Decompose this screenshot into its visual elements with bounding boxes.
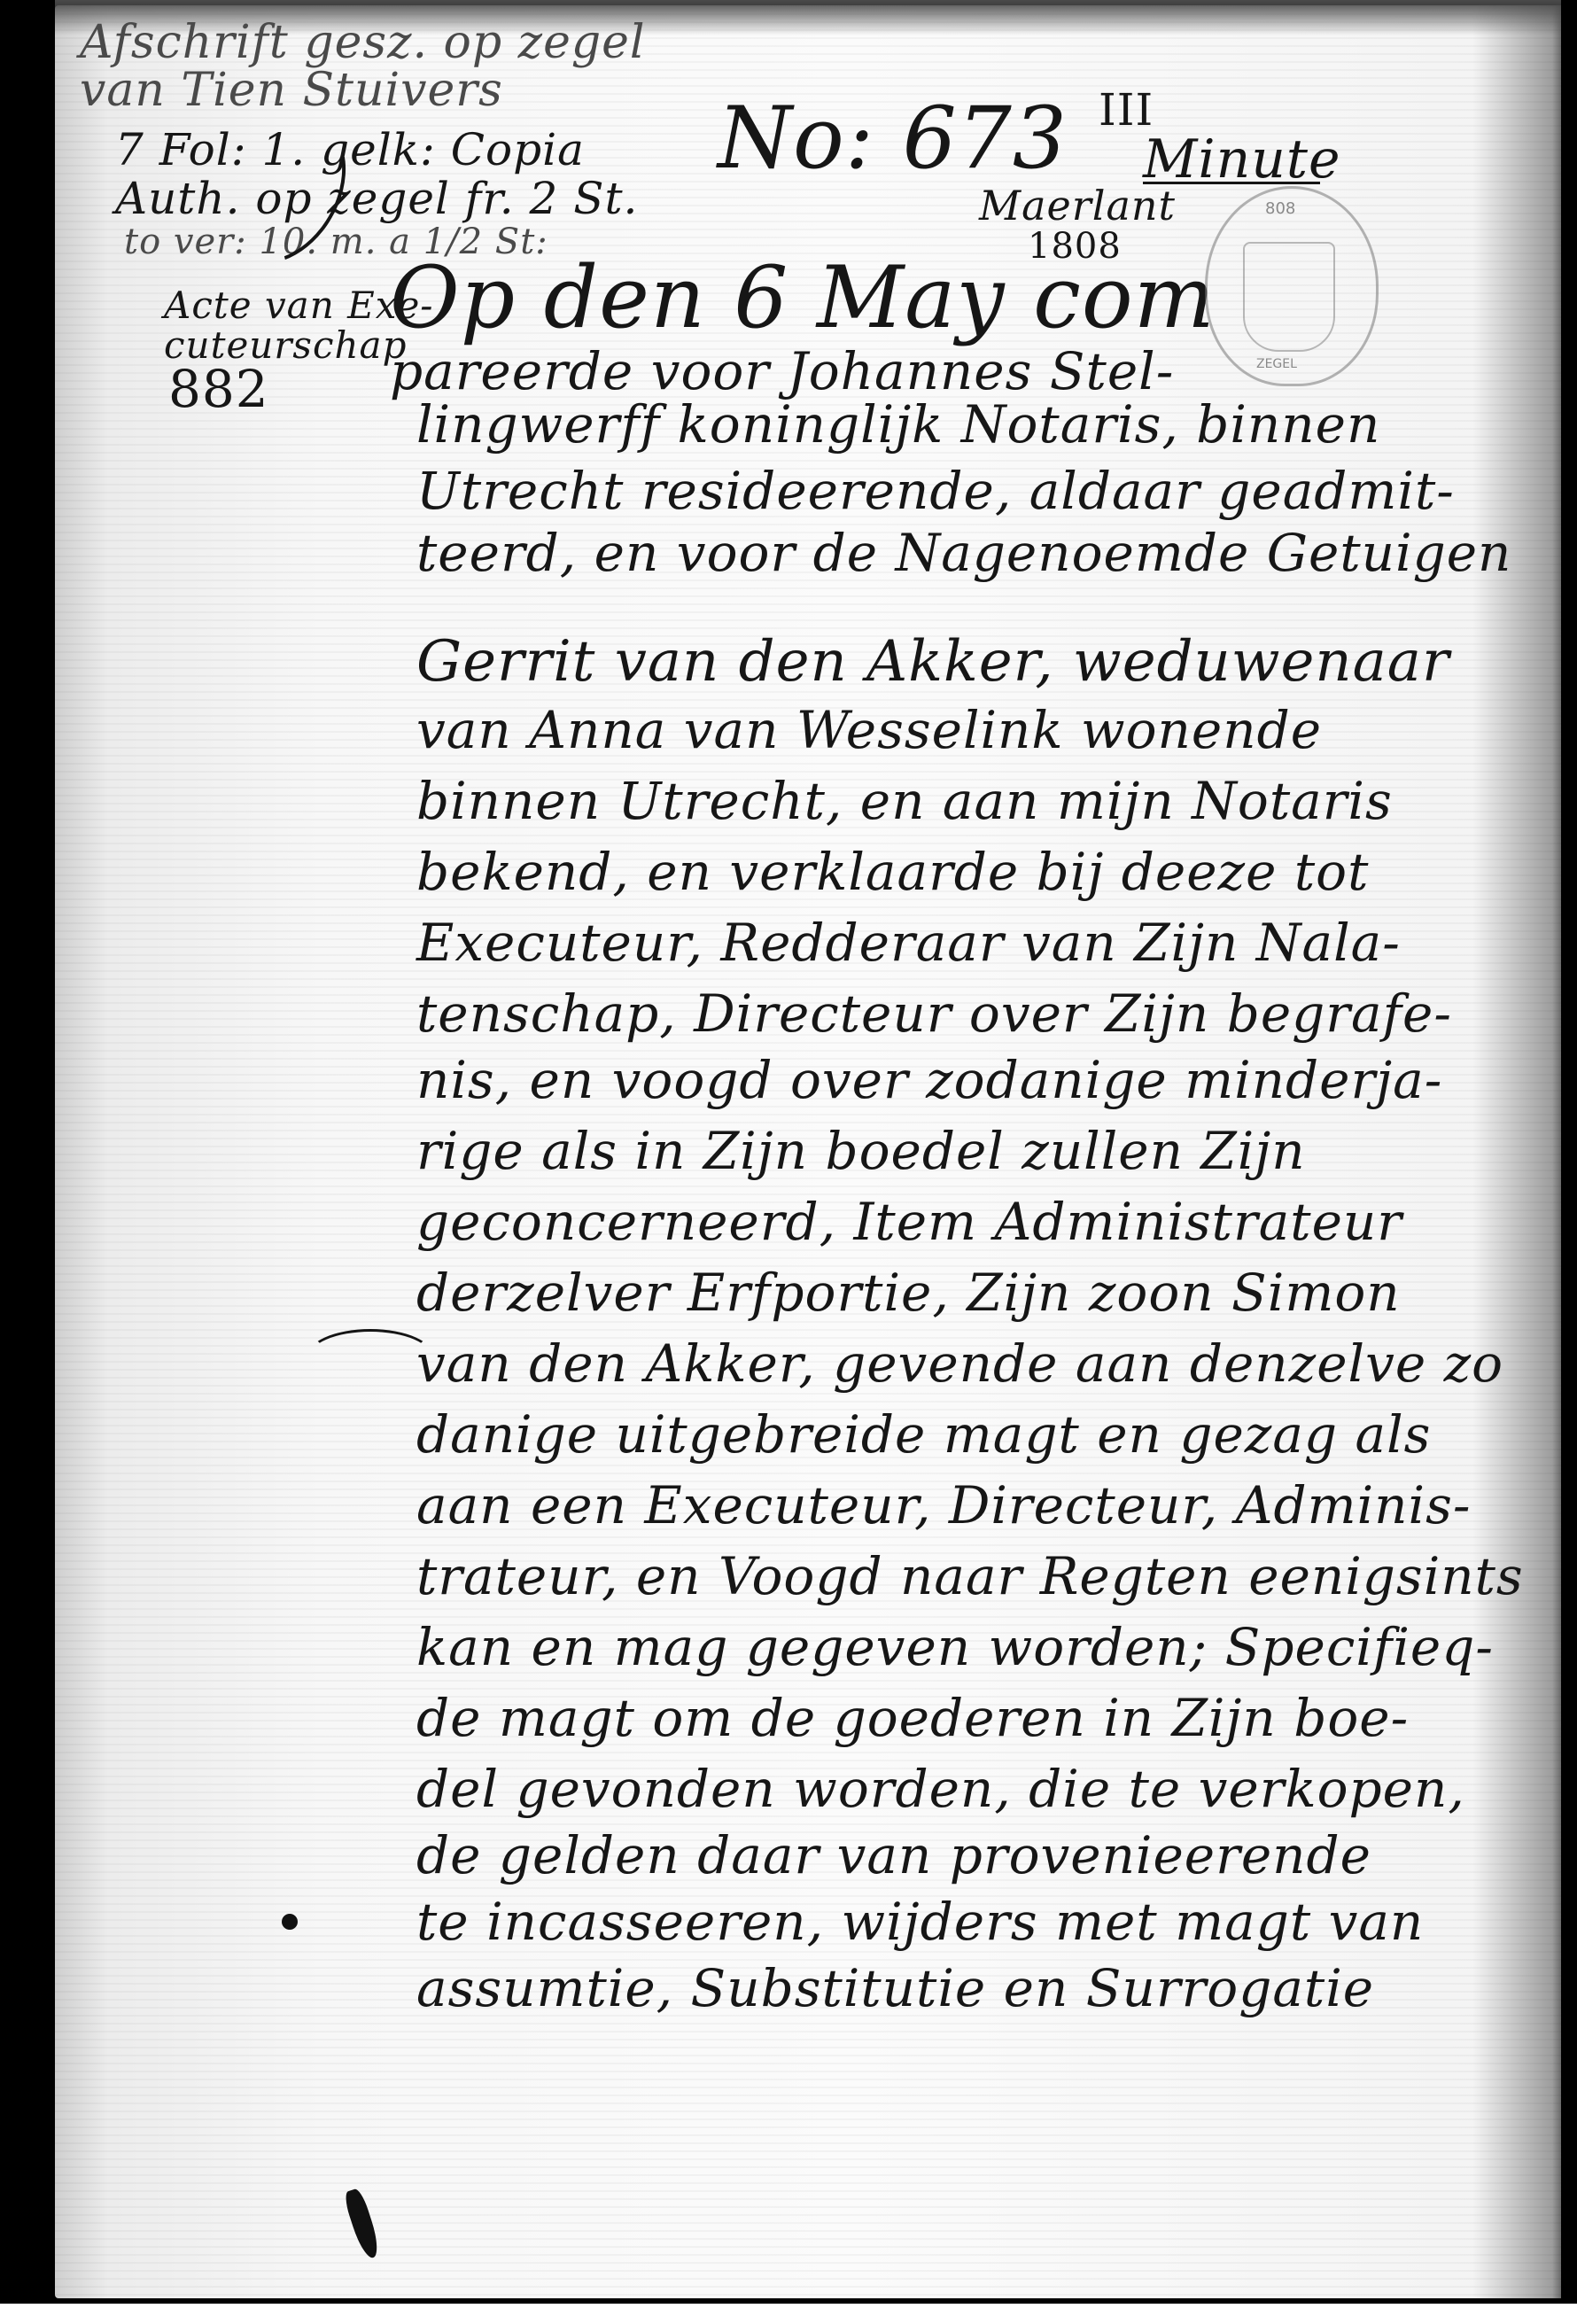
body-line: bekend, en verklaarde bij deeze tot <box>416 842 1369 902</box>
header-note-3: 7 Fol: 1. gelk: Copia <box>115 124 585 175</box>
header-note-2: van Tien Stuivers <box>80 64 503 117</box>
body-line: tenschap, Directeur over Zijn begrafe- <box>416 983 1452 1044</box>
body-line: del gevonden worden, die te verkopen, <box>416 1759 1465 1819</box>
body-line: Utrecht resideerende, aldaar geadmit- <box>416 461 1455 521</box>
body-line: de gelden daar van provenieerende <box>416 1825 1371 1885</box>
body-line: geconcerneerd, Item Administrateur <box>416 1192 1402 1252</box>
margin-flourish <box>306 1329 435 1387</box>
header-note-4: Auth. op zegel fr. 2 St. <box>115 173 638 224</box>
body-line: lingwerff koninglijk Notaris, binnen <box>416 394 1380 455</box>
body-line: binnen Utrecht, en aan mijn Notaris <box>416 771 1393 831</box>
body-line: aan een Executeur, Directeur, Adminis- <box>416 1475 1471 1535</box>
seal-label-side: ZEGEL <box>1256 357 1297 371</box>
body-line: teerd, en voor de Nagenoemde Getuigen <box>416 523 1511 583</box>
body-line: van Anna van Wesselink wonende <box>416 700 1322 760</box>
body-line: te incasseeren, wijders met magt van <box>416 1892 1424 1952</box>
body-line: Executeur, Redderaar van Zijn Nala- <box>416 913 1401 973</box>
body-line: kan en mag gegeven worden; Specifieq- <box>416 1617 1494 1677</box>
act-number: No: 673 <box>718 89 1068 188</box>
body-line: rige als in Zijn boedel zullen Zijn <box>416 1121 1306 1181</box>
official-seal-stamp: 808 ZEGEL <box>1205 186 1379 386</box>
body-line: nis, en voogd over zodanige minderja- <box>416 1050 1442 1110</box>
body-line: assumtie, Substitutie en Surrogatie <box>416 1958 1374 2018</box>
body-line: Gerrit van den Akker, weduwenaar <box>416 629 1450 695</box>
ink-dot <box>282 1914 298 1930</box>
seal-label-top: 808 <box>1265 199 1295 218</box>
body-line: pareerde voor Johannes Stel- <box>390 341 1174 401</box>
body-line: trateur, en Voogd naar Regten eenigsints <box>416 1546 1524 1606</box>
body-line: van den Akker, gevende aan denzelve zo <box>416 1333 1503 1394</box>
date-calendar-label: Maerlant <box>979 182 1176 229</box>
header-note-1: Afschrift gesz. op zegel <box>80 16 646 69</box>
margin-note-1: Acte van Exe- <box>164 284 434 327</box>
body-line: de magt om de goederen in Zijn boe- <box>416 1688 1409 1748</box>
seal-shield-icon <box>1243 242 1335 352</box>
body-line: danige uitgebreide magt en gezag als <box>416 1404 1431 1465</box>
margin-note-number: 882 <box>168 359 269 419</box>
body-line: derzelver Erfportie, Zijn zoon Simon <box>416 1263 1401 1323</box>
opening-line: Op den 6 May com <box>390 248 1216 347</box>
